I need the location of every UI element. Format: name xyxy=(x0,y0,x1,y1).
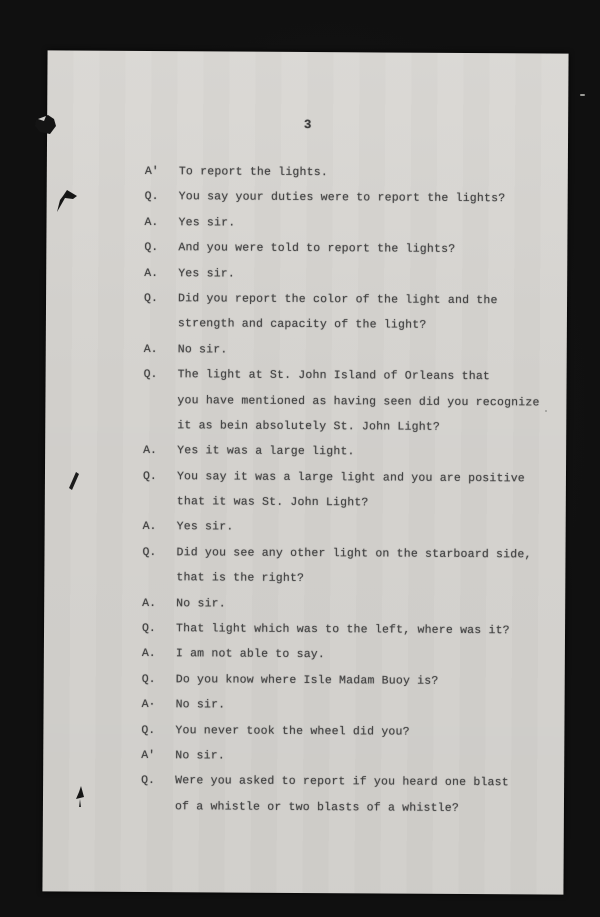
qa-line: A'To report the lights. xyxy=(47,162,568,191)
qa-line-marker: Q. xyxy=(144,292,158,305)
qa-line-text: Did you see any other light on the starb… xyxy=(176,546,531,561)
qa-line-marker: A. xyxy=(142,597,156,610)
qa-line: Q.Did you see any other light on the sta… xyxy=(44,543,565,572)
edge-ink-blot xyxy=(34,112,60,140)
qa-line-marker: Q. xyxy=(141,724,155,737)
dust-speck xyxy=(580,94,585,96)
qa-line-marker: A· xyxy=(142,698,156,711)
qa-line-text: The light at St. John Island of Orleans … xyxy=(178,368,491,383)
qa-line-text: No sir. xyxy=(178,343,228,356)
qa-line: A.I am not able to say. xyxy=(44,645,565,674)
qa-line: A'No sir. xyxy=(43,746,564,775)
qa-transcript: A'To report the lights.Q.You say your du… xyxy=(43,162,568,825)
qa-line-text: Were you asked to report if you heard on… xyxy=(175,775,509,790)
qa-line-text: You say it was a large light and you are… xyxy=(177,470,525,485)
qa-line-marker: Q. xyxy=(142,622,156,635)
qa-line-text: you have mentioned as having seen did yo… xyxy=(177,394,539,409)
qa-line-marker: A. xyxy=(142,647,156,660)
document-page: 3 A'To report the lights.Q.You say your … xyxy=(42,50,568,894)
qa-line-text: I am not able to say. xyxy=(176,648,325,662)
qa-line-marker: Q. xyxy=(141,774,155,787)
dust-speck xyxy=(545,410,547,412)
qa-line: Q.That light which was to the left, wher… xyxy=(44,619,565,648)
qa-line-marker: A. xyxy=(144,343,158,356)
qa-line-marker: Q. xyxy=(142,546,156,559)
qa-line: A·No sir. xyxy=(43,696,564,725)
qa-line-marker: A. xyxy=(144,267,158,280)
qa-line: Q.You say it was a large light and you a… xyxy=(45,467,566,496)
qa-line-marker: Q. xyxy=(144,241,158,254)
qa-line-text: Did you report the color of the light an… xyxy=(178,292,498,307)
qa-line: of a whistle or two blasts of a whistle? xyxy=(43,797,564,826)
qa-line: A.Yes sir. xyxy=(45,518,566,547)
qa-line: Q.Were you asked to report if you heard … xyxy=(43,772,564,801)
qa-line-text: You never took the wheel did you? xyxy=(175,724,409,738)
qa-line-marker: A' xyxy=(141,749,155,762)
qa-line: Q.You never took the wheel did you? xyxy=(43,721,564,750)
qa-line: that is the right? xyxy=(44,569,565,598)
qa-line-text: Yes sir. xyxy=(178,267,235,280)
qa-line: A.Yes sir. xyxy=(46,264,567,293)
qa-line: Q.Did you report the color of the light … xyxy=(46,289,567,318)
bird-ink-blot xyxy=(53,188,81,218)
scanned-document: 3 A'To report the lights.Q.You say your … xyxy=(0,0,600,917)
qa-line-text: No sir. xyxy=(176,597,226,610)
qa-line-text: Yes it was a large light. xyxy=(177,445,355,459)
qa-line-text: You say your duties were to report the l… xyxy=(179,191,506,206)
slash-ink-blot xyxy=(65,470,81,494)
flag-ink-blot xyxy=(73,785,87,811)
qa-line-marker: A. xyxy=(144,216,158,229)
qa-line-text: Do you know where Isle Madam Buoy is? xyxy=(176,673,439,688)
page-number: 3 xyxy=(47,116,568,133)
qa-line-text: No sir. xyxy=(175,749,225,762)
qa-line: it as bein absolutely St. John Light? xyxy=(45,416,566,445)
qa-line-marker: Q. xyxy=(142,673,156,686)
qa-line-text: it as bein absolutely St. John Light? xyxy=(177,419,440,434)
qa-line: strength and capacity of the light? xyxy=(46,315,567,344)
qa-line-text: strength and capacity of the light? xyxy=(178,318,427,333)
qa-line: you have mentioned as having seen did yo… xyxy=(45,391,566,420)
qa-line-text: That light which was to the left, where … xyxy=(176,622,510,637)
qa-line-text: Yes sir. xyxy=(178,216,235,229)
qa-line: Q.And you were told to report the lights… xyxy=(46,239,567,268)
qa-line-marker: A. xyxy=(143,444,157,457)
qa-line-text: To report the lights. xyxy=(179,165,328,179)
qa-line-marker: A' xyxy=(145,165,159,178)
qa-line-text: that it was St. John Light? xyxy=(177,495,369,509)
qa-line: Q.Do you know where Isle Madam Buoy is? xyxy=(44,670,565,699)
qa-line-text: Yes sir. xyxy=(177,521,234,534)
qa-line: A.No sir. xyxy=(46,340,567,369)
qa-line-text: And you were told to report the lights? xyxy=(178,241,455,256)
qa-line: Q.You say your duties were to report the… xyxy=(47,188,568,217)
qa-line: A.Yes it was a large light. xyxy=(45,442,566,471)
qa-line-marker: Q. xyxy=(143,470,157,483)
qa-line: Q.The light at St. John Island of Orlean… xyxy=(45,366,566,395)
qa-line: that it was St. John Light? xyxy=(45,492,566,521)
qa-line-marker: Q. xyxy=(144,368,158,381)
qa-line-text: that is the right? xyxy=(176,571,304,585)
qa-line: A.Yes sir. xyxy=(46,213,567,242)
qa-line-marker: A. xyxy=(143,520,157,533)
qa-line-text: No sir. xyxy=(176,698,226,711)
qa-line-marker: Q. xyxy=(145,190,159,203)
qa-line-text: of a whistle or two blasts of a whistle? xyxy=(175,800,459,815)
qa-line: A.No sir. xyxy=(44,594,565,623)
